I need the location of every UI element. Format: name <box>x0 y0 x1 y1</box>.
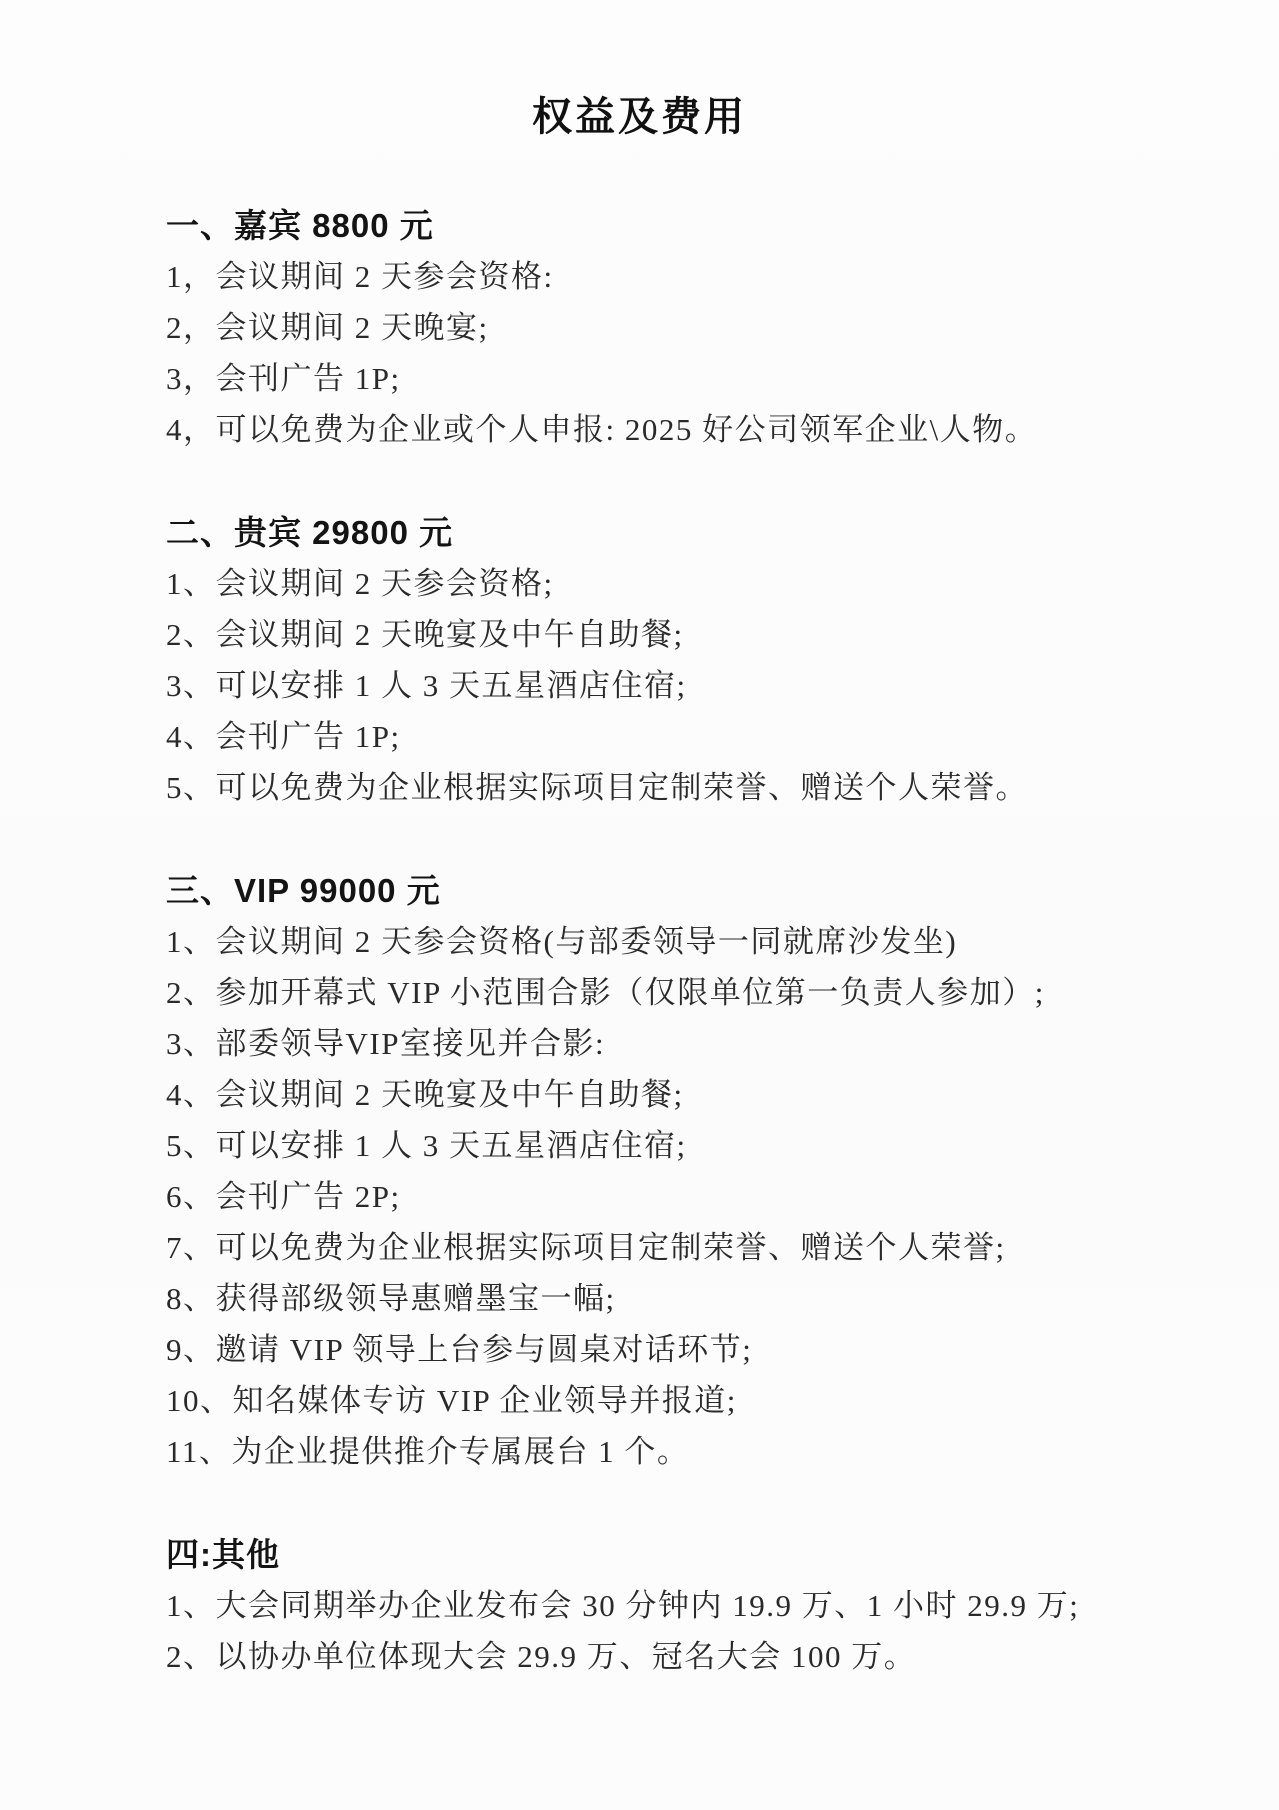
list-item: 3、可以安排 1 人 3 天五星酒店住宿; <box>166 660 1219 711</box>
list-item: 4，可以免费为企业或个人申报: 2025 好公司领军企业\人物。 <box>166 404 1219 455</box>
list-item: 10、知名媒体专访 VIP 企业领导并报道; <box>166 1375 1219 1426</box>
list-item: 2、参加开幕式 VIP 小范围合影（仅限单位第一负责人参加）; <box>166 967 1219 1018</box>
section-heading-jiabin: 一、嘉宾 8800 元 <box>166 200 1219 251</box>
list-item: 5、可以免费为企业根据实际项目定制荣誉、赠送个人荣誉。 <box>166 762 1219 813</box>
list-item: 4、会议期间 2 天晚宴及中午自助餐; <box>166 1069 1219 1120</box>
list-item: 6、会刊广告 2P; <box>166 1171 1219 1222</box>
list-item: 11、为企业提供推介专属展台 1 个。 <box>166 1426 1219 1477</box>
list-item: 8、获得部级领导惠赠墨宝一幅; <box>166 1273 1219 1324</box>
list-item: 2，会议期间 2 天晚宴; <box>166 302 1219 353</box>
section-guibin: 二、贵宾 29800 元 1、会议期间 2 天参会资格; 2、会议期间 2 天晚… <box>166 507 1219 813</box>
list-item: 4、会刊广告 1P; <box>166 711 1219 762</box>
document-title: 权益及费用 <box>0 0 1279 145</box>
section-vip: 三、VIP 99000 元 1、会议期间 2 天参会资格(与部委领导一同就席沙发… <box>166 865 1219 1477</box>
list-item: 2、以协办单位体现大会 29.9 万、冠名大会 100 万。 <box>166 1631 1219 1682</box>
section-other: 四:其他 1、大会同期举办企业发布会 30 分钟内 19.9 万、1 小时 29… <box>166 1529 1219 1682</box>
document-page: 权益及费用 一、嘉宾 8800 元 1，会议期间 2 天参会资格: 2，会议期间… <box>0 0 1279 1810</box>
list-item: 3，会刊广告 1P; <box>166 353 1219 404</box>
section-heading-other: 四:其他 <box>166 1529 1219 1580</box>
list-item: 3、部委领导VIP室接见并合影: <box>166 1018 1219 1069</box>
section-heading-guibin: 二、贵宾 29800 元 <box>166 507 1219 558</box>
list-item: 2、会议期间 2 天晚宴及中午自助餐; <box>166 609 1219 660</box>
list-item: 1，会议期间 2 天参会资格: <box>166 251 1219 302</box>
list-item: 1、会议期间 2 天参会资格(与部委领导一同就席沙发坐) <box>166 916 1219 967</box>
document-body: 一、嘉宾 8800 元 1，会议期间 2 天参会资格: 2，会议期间 2 天晚宴… <box>166 200 1219 1682</box>
list-item: 1、会议期间 2 天参会资格; <box>166 558 1219 609</box>
list-item: 7、可以免费为企业根据实际项目定制荣誉、赠送个人荣誉; <box>166 1222 1219 1273</box>
section-heading-vip: 三、VIP 99000 元 <box>166 865 1219 916</box>
list-item: 1、大会同期举办企业发布会 30 分钟内 19.9 万、1 小时 29.9 万; <box>166 1580 1219 1631</box>
section-jiabin: 一、嘉宾 8800 元 1，会议期间 2 天参会资格: 2，会议期间 2 天晚宴… <box>166 200 1219 455</box>
list-item: 5、可以安排 1 人 3 天五星酒店住宿; <box>166 1120 1219 1171</box>
list-item: 9、邀请 VIP 领导上台参与圆桌对话环节; <box>166 1324 1219 1375</box>
